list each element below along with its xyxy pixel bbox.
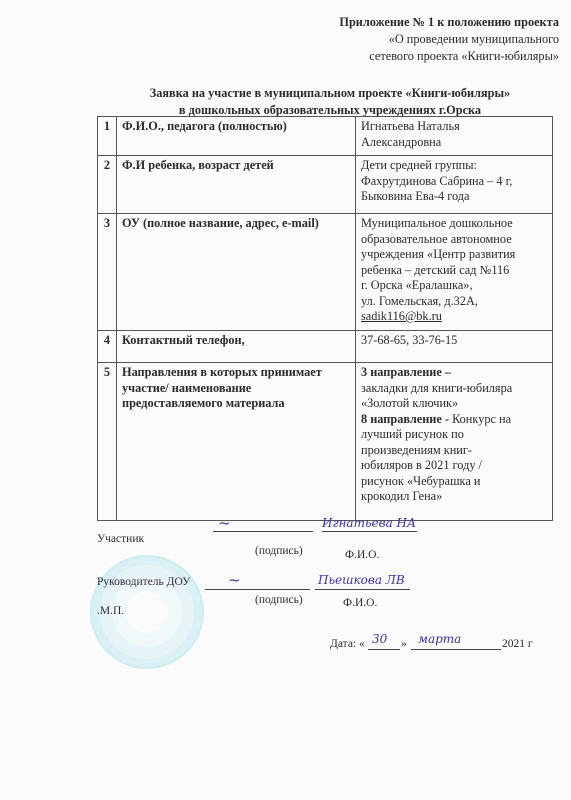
row-label: Ф.И.О., педагога (полностью) xyxy=(117,117,356,156)
value-line: учреждения «Центр развития xyxy=(361,247,547,263)
name-caption: Ф.И.О. xyxy=(345,549,379,561)
participant-name-line xyxy=(322,531,417,532)
date-day: 30 xyxy=(372,632,387,646)
appendix-title: Приложение № 1 к положению проекта xyxy=(259,14,559,31)
row-number: 5 xyxy=(98,363,117,521)
value-line: Фахрутдинова Сабрина – 4 г, xyxy=(361,174,547,190)
value-line: Игнатьева Наталья xyxy=(361,119,547,135)
row-value: 37-68-65, 33-76-15 xyxy=(356,331,553,363)
row-value: Игнатьева Наталья Александровна xyxy=(356,117,553,156)
value-line: рисунок «Чебурашка и xyxy=(361,474,547,490)
row-value: 3 направление – закладки для книги-юбиля… xyxy=(356,363,553,521)
date-prefix: Дата: « xyxy=(330,638,365,650)
label-line: предоставляемого материала xyxy=(122,396,350,412)
label-line: Направления в которых принимает xyxy=(122,365,350,381)
value-line: «Золотой ключик» xyxy=(361,396,547,412)
value-line: Муниципальное дошкольное xyxy=(361,216,547,232)
date-month: марта xyxy=(418,632,461,646)
table-row: 2 Ф.И ребенка, возраст детей Дети средне… xyxy=(98,156,553,214)
value-line: г. Орска «Ералашка», xyxy=(361,278,547,294)
row-label: Ф.И ребенка, возраст детей xyxy=(117,156,356,214)
label-line: участие/ наименование xyxy=(122,381,350,397)
document-page: Приложение № 1 к положению проекта «О пр… xyxy=(0,0,571,800)
value-line: произведениям книг- xyxy=(361,443,547,459)
value-line: закладки для книги-юбиляра xyxy=(361,381,547,397)
date-mid: » xyxy=(401,638,407,650)
name-caption: Ф.И.О. xyxy=(343,597,377,609)
value-line: лучший рисунок по xyxy=(361,427,547,443)
participant-name-handwritten: Игнатьева НА xyxy=(322,516,416,530)
row-label: Направления в которых принимает участие/… xyxy=(117,363,356,521)
row-number: 2 xyxy=(98,156,117,214)
row-value: Муниципальное дошкольное образовательное… xyxy=(356,214,553,331)
row-value: Дети средней группы: Фахрутдинова Сабрин… xyxy=(356,156,553,214)
email-link[interactable]: sadik116@bk.ru xyxy=(361,309,547,325)
value-line: Конкурс на xyxy=(449,412,511,426)
appendix-line-2: «О проведении муниципального xyxy=(259,31,559,48)
appendix-line-3: сетевого проекта «Книги-юбиляры» xyxy=(259,48,559,65)
signature-caption: (подпись) xyxy=(255,594,303,606)
head-label: Руководитель ДОУ xyxy=(97,576,190,588)
row-number: 4 xyxy=(98,331,117,363)
document-title: Заявка на участие в муниципальном проект… xyxy=(100,85,560,119)
date-day-line xyxy=(368,649,400,650)
row-number: 1 xyxy=(98,117,117,156)
head-name-handwritten: Пьешкова ЛВ xyxy=(318,573,405,587)
value-line: Александровна xyxy=(361,135,547,151)
value-line: ул. Гомельская, д.32А, xyxy=(361,294,547,310)
row-label: ОУ (полное название, адрес, e-mail) xyxy=(117,214,356,331)
value-line: ребенка – детский сад №116 xyxy=(361,263,547,279)
participant-label: Участник xyxy=(97,533,144,545)
date-month-line xyxy=(411,649,501,650)
row-label: Контактный телефон, xyxy=(117,331,356,363)
head-signature: ~ xyxy=(228,571,241,589)
value-line: Быковина Ева-4 года xyxy=(361,189,547,205)
value-line: образовательное автономное xyxy=(361,232,547,248)
table-row: 4 Контактный телефон, 37-68-65, 33-76-15 xyxy=(98,331,553,363)
appendix-header: Приложение № 1 к положению проекта «О пр… xyxy=(259,14,559,65)
seal-label: .М.П. xyxy=(97,605,124,617)
title-line-1: Заявка на участие в муниципальном проект… xyxy=(100,85,560,102)
direction-3-title: 3 направление – xyxy=(361,365,547,381)
direction-8-line: 8 направление - Конкурс на xyxy=(361,412,547,428)
value-line: крокодил Гена» xyxy=(361,489,547,505)
direction-8-title: 8 направление - xyxy=(361,412,449,426)
date-year: 2021 г xyxy=(502,638,533,650)
table-row: 5 Направления в которых принимает участи… xyxy=(98,363,553,521)
table-row: 1 Ф.И.О., педагога (полностью) Игнатьева… xyxy=(98,117,553,156)
value-line: Дети средней группы: xyxy=(361,158,547,174)
row-number: 3 xyxy=(98,214,117,331)
application-table: 1 Ф.И.О., педагога (полностью) Игнатьева… xyxy=(97,116,553,521)
head-signature-line xyxy=(205,589,310,590)
signature-caption: (подпись) xyxy=(255,545,303,557)
head-name-line xyxy=(315,589,410,590)
value-line: юбиляров в 2021 году / xyxy=(361,458,547,474)
table-row: 3 ОУ (полное название, адрес, e-mail) Му… xyxy=(98,214,553,331)
value-line: 37-68-65, 33-76-15 xyxy=(361,333,547,349)
participant-signature: ~ xyxy=(218,514,231,532)
